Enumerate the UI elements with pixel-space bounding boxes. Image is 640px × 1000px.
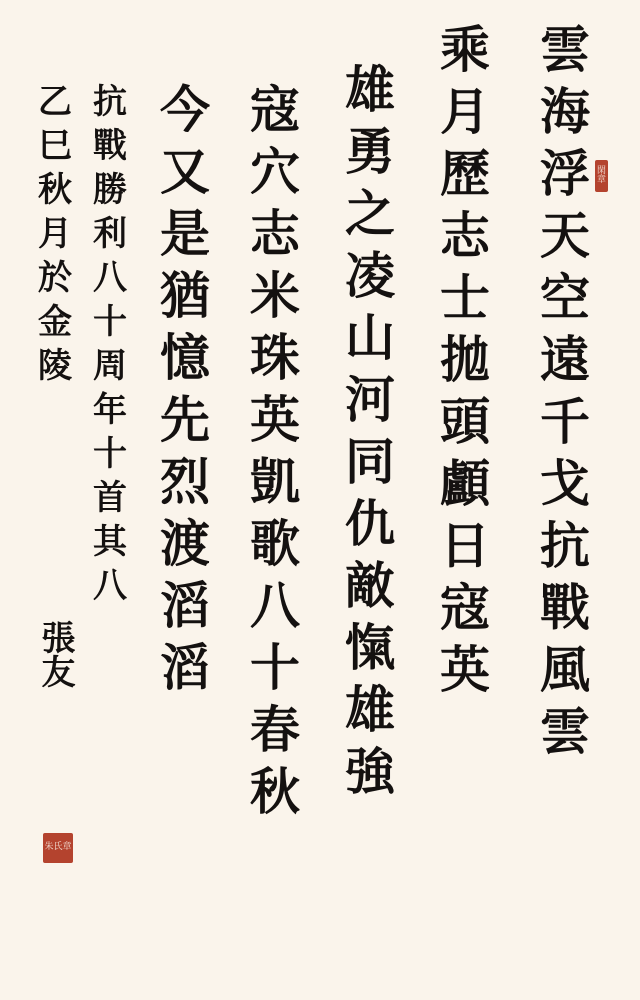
calligraphy-character: 巳 — [38, 129, 72, 173]
calligraphy-character: 勇 — [345, 127, 395, 189]
calligraphy-character: 月 — [440, 87, 490, 149]
calligraphy-character: 秋 — [250, 767, 300, 829]
signature: 張友 — [30, 620, 80, 688]
column-5: 今又是猶憶先烈渡滔滔 — [155, 85, 215, 705]
calligraphy-character: 先 — [160, 395, 210, 457]
calligraphy-character: 八 — [93, 569, 127, 613]
calligraphy-character: 歌 — [250, 519, 300, 581]
calligraphy-character: 凱 — [250, 457, 300, 519]
calligraphy-character: 猶 — [160, 271, 210, 333]
calligraphy-character: 周 — [93, 349, 127, 393]
calligraphy-character: 穴 — [250, 147, 300, 209]
calligraphy-character: 河 — [345, 375, 395, 437]
calligraphy-character: 憶 — [160, 333, 210, 395]
calligraphy-character: 渡 — [160, 519, 210, 581]
calligraphy-character: 英 — [440, 645, 490, 707]
calligraphy-character: 十 — [93, 305, 127, 349]
calligraphy-character: 歷 — [440, 149, 490, 211]
column-4: 寇穴志米珠英凱歌八十春秋 — [245, 85, 305, 829]
calligraphy-character: 浮 — [540, 149, 590, 211]
calligraphy-character: 雄 — [345, 65, 395, 127]
column-6-inscription: 抗戰勝利八十周年十首其八 — [85, 85, 135, 613]
calligraphy-character: 敵 — [345, 561, 395, 623]
calligraphy-character: 滔 — [160, 643, 210, 705]
calligraphy-character: 首 — [93, 481, 127, 525]
calligraphy-character: 志 — [250, 209, 300, 271]
calligraphy-character: 米 — [250, 271, 300, 333]
calligraphy-character: 年 — [93, 393, 127, 437]
column-2: 乘月歷志士拋頭顱日寇英 — [435, 25, 495, 707]
calligraphy-character: 之 — [345, 189, 395, 251]
calligraphy-character: 其 — [93, 525, 127, 569]
calligraphy-character: 戈 — [540, 459, 590, 521]
calligraphy-character: 抗 — [93, 85, 127, 129]
calligraphy-character: 日 — [440, 521, 490, 583]
head-seal: 閑章 — [595, 160, 608, 192]
calligraphy-character: 志 — [440, 211, 490, 273]
calligraphy-character: 千 — [540, 397, 590, 459]
signature-text: 張友 — [38, 620, 72, 688]
calligraphy-character: 月 — [38, 217, 72, 261]
calligraphy-character: 乙 — [38, 85, 72, 129]
column-1: 雲海浮天空遠千戈抗戰風雲 — [535, 25, 595, 769]
calligraphy-character: 金 — [38, 305, 72, 349]
calligraphy-character: 秋 — [38, 173, 72, 217]
calligraphy-character: 雲 — [540, 25, 590, 87]
calligraphy-character: 寇 — [440, 583, 490, 645]
calligraphy-character: 利 — [93, 217, 127, 261]
calligraphy-character: 又 — [160, 147, 210, 209]
calligraphy-character: 陵 — [38, 349, 72, 393]
calligraphy-character: 雄 — [345, 685, 395, 747]
calligraphy-character: 遠 — [540, 335, 590, 397]
calligraphy-character: 十 — [93, 437, 127, 481]
column-7-date: 乙巳秋月於金陵 — [30, 85, 80, 393]
calligraphy-character: 雲 — [540, 707, 590, 769]
calligraphy-character: 仇 — [345, 499, 395, 561]
calligraphy-character: 戰 — [93, 129, 127, 173]
calligraphy-character: 滔 — [160, 581, 210, 643]
calligraphy-character: 戰 — [540, 583, 590, 645]
calligraphy-character: 抗 — [540, 521, 590, 583]
calligraphy-character: 同 — [345, 437, 395, 499]
calligraphy-character: 顱 — [440, 459, 490, 521]
calligraphy-character: 春 — [250, 705, 300, 767]
calligraphy-character: 海 — [540, 87, 590, 149]
calligraphy-character: 愾 — [345, 623, 395, 685]
calligraphy-character: 八 — [250, 581, 300, 643]
calligraphy-character: 十 — [250, 643, 300, 705]
calligraphy-character: 是 — [160, 209, 210, 271]
calligraphy-character: 烈 — [160, 457, 210, 519]
calligraphy-character: 山 — [345, 313, 395, 375]
calligraphy-character: 凌 — [345, 251, 395, 313]
calligraphy-character: 乘 — [440, 25, 490, 87]
calligraphy-character: 空 — [540, 273, 590, 335]
calligraphy-character: 強 — [345, 747, 395, 809]
name-seal: 朱氏章 — [43, 833, 73, 863]
column-3: 雄勇之凌山河同仇敵愾雄強 — [340, 65, 400, 809]
calligraphy-character: 風 — [540, 645, 590, 707]
calligraphy-character: 士 — [440, 273, 490, 335]
calligraphy-character: 英 — [250, 395, 300, 457]
calligraphy-paper: 雲海浮天空遠千戈抗戰風雲 乘月歷志士拋頭顱日寇英 雄勇之凌山河同仇敵愾雄強 寇穴… — [0, 0, 640, 1000]
calligraphy-character: 八 — [93, 261, 127, 305]
calligraphy-character: 於 — [38, 261, 72, 305]
calligraphy-character: 拋 — [440, 335, 490, 397]
calligraphy-character: 寇 — [250, 85, 300, 147]
calligraphy-character: 今 — [160, 85, 210, 147]
calligraphy-character: 勝 — [93, 173, 127, 217]
calligraphy-character: 珠 — [250, 333, 300, 395]
calligraphy-character: 頭 — [440, 397, 490, 459]
calligraphy-character: 天 — [540, 211, 590, 273]
